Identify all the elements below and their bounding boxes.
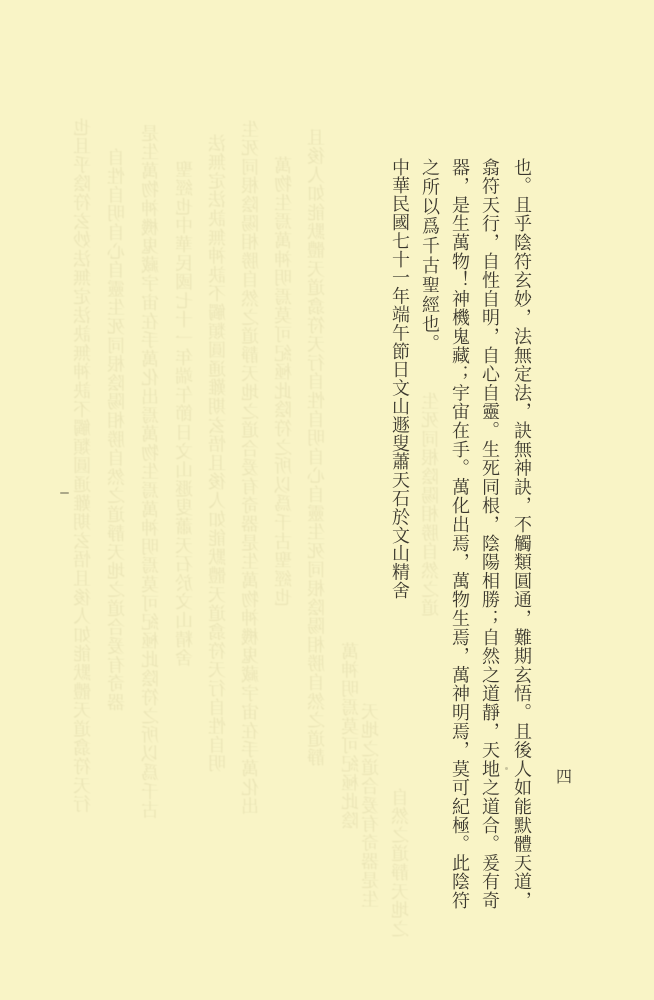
text-column-2: 翕符天行，自性自明，自心自靈。生死同根，陰陽相勝；自然之道靜，天地之道合。爰有奇 — [479, 158, 501, 910]
text-column-4: 之所以爲千古聖經也。 — [419, 158, 441, 354]
bleedthrough-column: 是生萬物神機鬼藏宇宙在手萬化出焉萬物生焉萬神明焉莫可紀極此陰符之所以爲千古 — [140, 124, 162, 820]
bleedthrough-column: 也且乎陰符玄妙法無定法訣無神訣不觸類圓通難期玄悟且後人如能默體天道翕符天行 — [72, 118, 94, 814]
text-column-3: 器，是生萬物！神機鬼藏；宇宙在手。萬化出焉，萬物生焉，萬神明焉，莫可紀極。此陰符 — [449, 158, 471, 910]
bleedthrough-column: 聖經也中華民國七十一年端午節日文山遯叟蕭天石於文山精舍 — [174, 160, 196, 668]
page-number: 四 — [556, 769, 572, 787]
text-column-1: 也。且乎陰符玄妙，法無定法，訣無神訣，不觸類圓通，難期玄悟。且後人如能默體天道， — [511, 158, 533, 910]
bleedthrough-column: 萬物生焉萬神明焉莫可紀極此陰符之所以爲千古聖經也 — [273, 156, 295, 607]
book-page: 也且乎陰符玄妙法無定法訣無神訣不觸類圓通難期玄悟且後人如能默體天道翕符天行自性自… — [0, 0, 654, 1000]
bleedthrough-column: 天地之道合爰有奇器是生 — [360, 702, 382, 909]
paper-speck — [60, 492, 69, 494]
bleedthrough-column: 自性自明自心自靈生死同根陰陽相勝自然之道靜天地之道合爰有奇器 — [106, 148, 128, 712]
bleedthrough-column: 法無定法訣無神訣不觸類圓通難期玄悟且後人如能默體天道翕符天行自性自明 — [207, 134, 229, 773]
bleedthrough-column: 自然之道靜天地之 — [390, 788, 412, 938]
bleedthrough-column: 生死同根陰陽相勝自然之道靜天地之道合爰有奇器是生萬物神機鬼藏宇宙在手萬化出 — [240, 120, 262, 816]
bleedthrough-column: 萬神明焉莫可紀極此陰 — [340, 642, 362, 830]
signature-column: 中華民國七十一年端午節日文山遯叟蕭天石於文山精舍 — [389, 158, 411, 600]
paper-speck — [505, 767, 508, 770]
bleedthrough-column: 生死同根陰陽相勝自然之道 — [420, 392, 442, 618]
bleedthrough-column: 且後人如能默體天道翕符天行自性自明自心自靈生死同根陰陽相勝自然之道靜 — [306, 128, 328, 767]
